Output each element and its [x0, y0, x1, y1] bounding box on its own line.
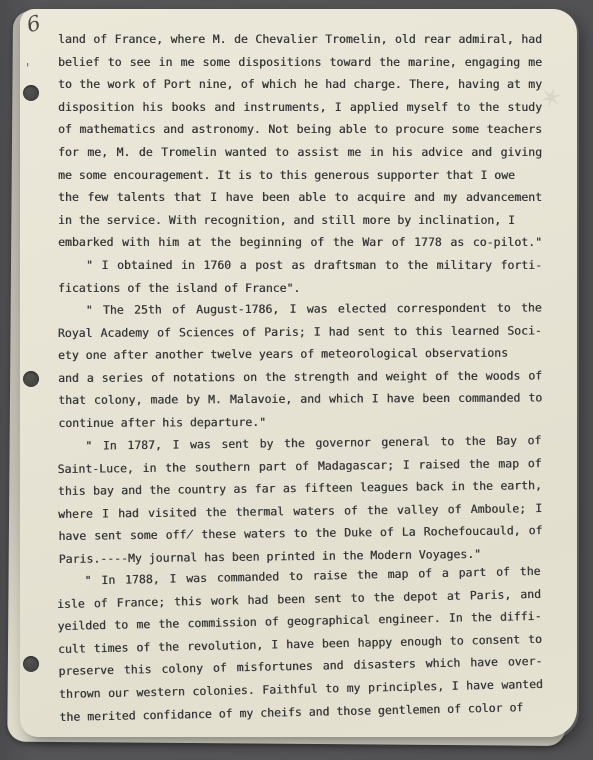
paragraph-group-4: " In 1788, I was commanded to raise the … [56, 560, 543, 728]
typed-line: embarked with him at the beginning of th… [58, 231, 542, 254]
pencil-mark: ' [24, 61, 31, 75]
typed-line: that colony, made by M. Malavoie, and wh… [58, 387, 542, 412]
typed-line: Royal Academy of Sciences of Paris; I ha… [58, 319, 542, 344]
typed-line: for me, M. de Tromelin wanted to assist … [58, 141, 542, 164]
typed-text-block: land of France, where M. de Chevalier Tr… [58, 28, 542, 728]
punch-hole-bottom [23, 656, 39, 672]
typed-line: the few talents that I have been able to… [58, 186, 542, 209]
punch-hole-middle [23, 371, 39, 387]
paragraph-group-3: " In 1787, I was sent by the governor ge… [57, 429, 543, 570]
typed-line: fications of the island of France". [58, 277, 542, 300]
paragraph-group-1: land of France, where M. de Chevalier Tr… [58, 28, 542, 299]
typed-line: " The 25th of August-1786, I was elected… [58, 297, 542, 322]
typed-line: and a series of notations on the strengt… [58, 364, 542, 389]
typed-line: in the service. With recognition, and st… [58, 209, 542, 232]
typed-line: to the work of Port nine, of which he ha… [58, 73, 542, 96]
typed-line: belief to see in me some dispositions to… [58, 51, 542, 74]
document-page: 6 ' ✶ land of France, where M. de Cheval… [20, 9, 577, 737]
typed-line: me some encouragement. It is to this gen… [58, 164, 542, 187]
typed-line: of mathematics and astronomy. Not being … [58, 118, 542, 141]
paragraph-group-2: " The 25th of August-1786, I was elected… [58, 297, 543, 435]
punch-hole-top [23, 85, 39, 101]
typed-line: disposition his books and instruments, I… [58, 96, 542, 119]
typed-line: ety one after another twelve years of me… [58, 342, 542, 367]
handwritten-page-number: 6 [24, 11, 43, 38]
typed-line: land of France, where M. de Chevalier Tr… [58, 28, 542, 51]
typed-line: " I obtained in 1760 a post as draftsman… [58, 254, 542, 277]
scan-background: 6 ' ✶ land of France, where M. de Cheval… [0, 0, 593, 760]
